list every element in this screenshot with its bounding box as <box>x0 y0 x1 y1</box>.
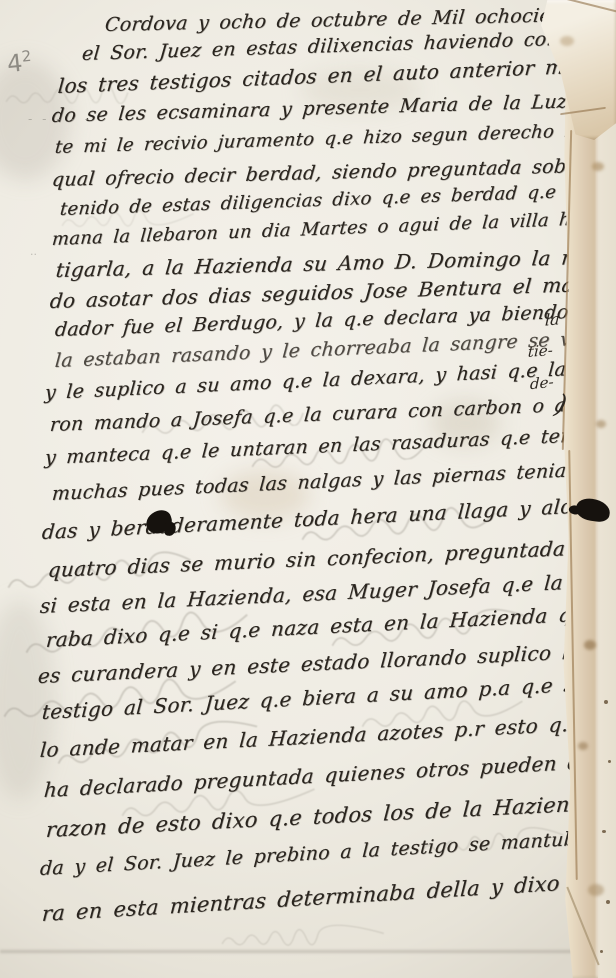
folio-superscript: 2 <box>21 47 32 66</box>
speck <box>606 900 610 904</box>
margin-fragment: la <box>545 309 560 329</box>
manuscript-line: te mi le recivio juramento q.e hizo segu… <box>54 119 616 158</box>
bleed-through-mark <box>219 921 390 952</box>
manuscript-page: 42 - - - - - ·· Cordova y ocho de octubr… <box>0 0 616 978</box>
speck <box>604 700 608 704</box>
stain <box>578 742 588 750</box>
pencil-smudge: ·· <box>30 248 37 261</box>
speck <box>602 830 606 833</box>
stain <box>588 884 604 896</box>
folio-number: 42 <box>6 47 34 78</box>
speck <box>600 950 603 953</box>
page-bottom-edge <box>0 949 616 954</box>
manuscript-line: ra en esta mientras determinaba della y … <box>41 871 560 926</box>
stain <box>560 36 574 46</box>
speck <box>608 760 611 763</box>
stain <box>596 420 606 428</box>
stain <box>592 162 604 171</box>
margin-fragment: tie- <box>527 341 553 361</box>
margin-fragment: de- <box>530 373 554 393</box>
stain <box>584 640 596 650</box>
pencil-dashes: - - - - - <box>28 112 92 126</box>
